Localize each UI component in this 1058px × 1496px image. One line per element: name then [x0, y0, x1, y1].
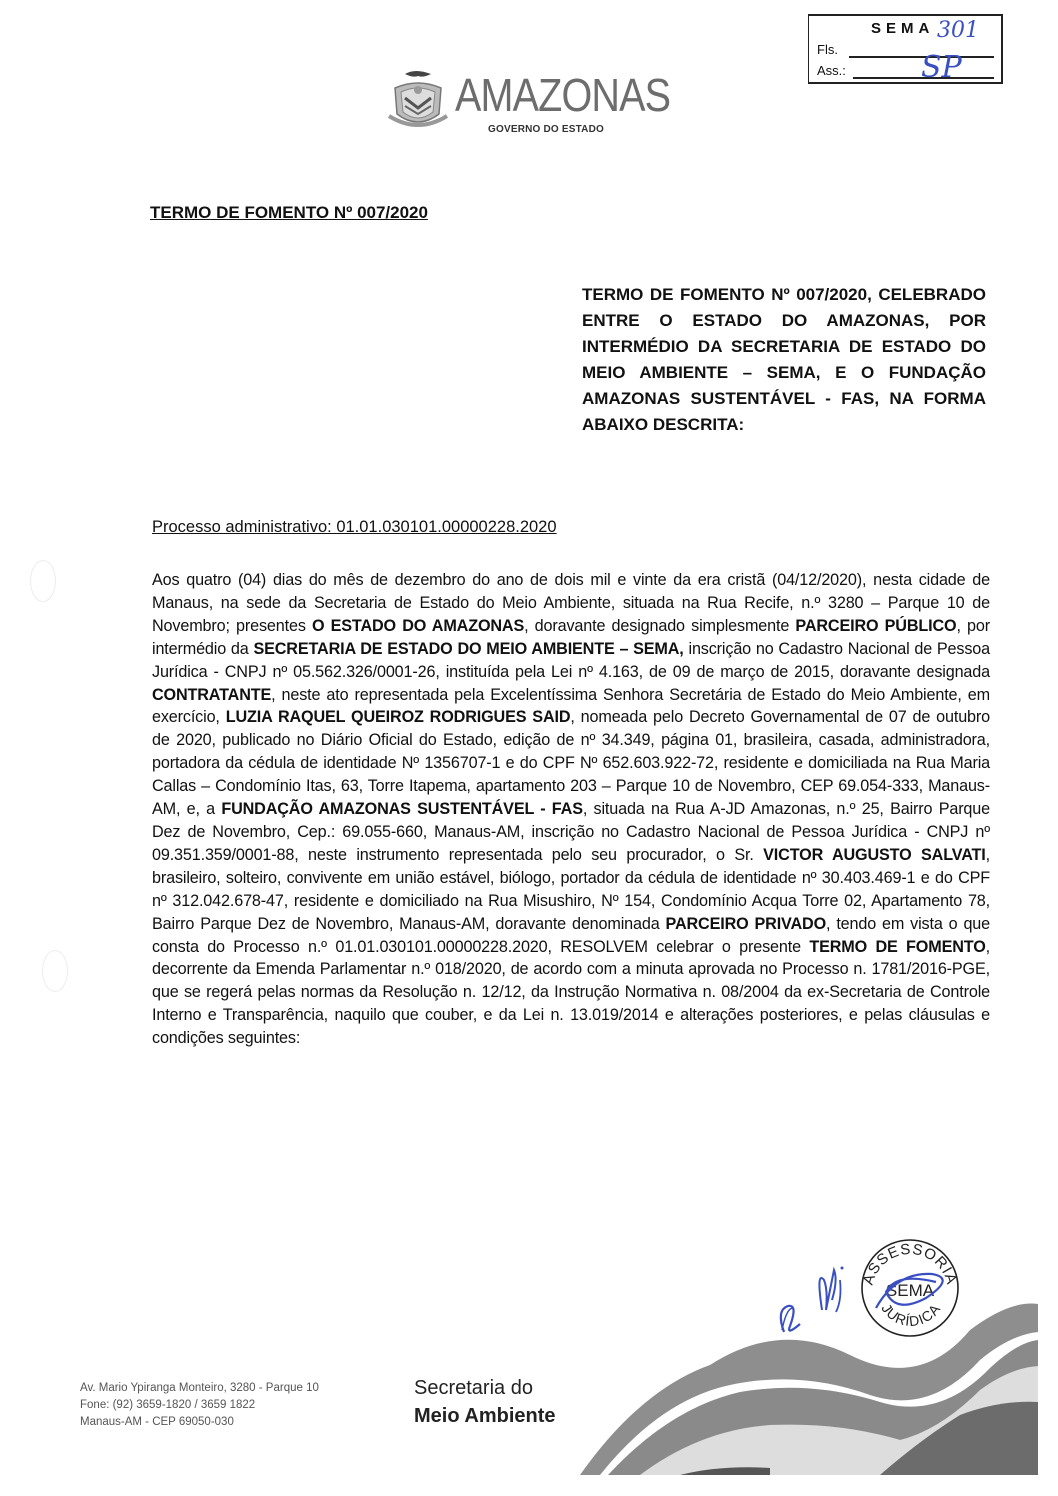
bold-term: LUZIA RAQUEL QUEIROZ RODRIGUES SAID [226, 708, 571, 726]
stamp-title: SEMA [871, 20, 934, 37]
bold-term: PARCEIRO PÚBLICO [795, 617, 956, 635]
preamble-paragraph: Aos quatro (04) dias do mês de dezembro … [152, 569, 990, 1050]
address-line: Av. Mario Ypiranga Monteiro, 3280 - Parq… [80, 1380, 319, 1397]
hole-punch-mark [30, 560, 56, 602]
footer-address: Av. Mario Ypiranga Monteiro, 3280 - Parq… [80, 1380, 319, 1431]
sema-page-stamp: SEMA 301 Fls. Ass.: SP [808, 14, 1003, 84]
ementa-summary: TERMO DE FOMENTO Nº 007/2020, CELEBRADO … [582, 282, 986, 438]
footer-secretaria-logo: Secretaria do Meio Ambiente [414, 1374, 556, 1430]
secretaria-line2: Meio Ambiente [414, 1402, 556, 1430]
document-title: TERMO DE FOMENTO Nº 007/2020 [150, 203, 428, 223]
amazonas-government-logo: AMAZONAS GOVERNO DO ESTADO [383, 60, 653, 140]
bold-term: PARCEIRO PRIVADO [666, 915, 827, 933]
coat-of-arms-icon [383, 66, 453, 136]
city-line: Manaus-AM - CEP 69050-030 [80, 1414, 319, 1431]
bold-term: O ESTADO DO AMAZONAS [312, 617, 524, 635]
handwritten-initials: SP [921, 50, 962, 85]
bold-term: FUNDAÇÃO AMAZONAS SUSTENTÁVEL - FAS [221, 800, 582, 818]
bold-term: SECRETARIA DE ESTADO DO MEIO AMBIENTE – … [253, 640, 683, 658]
bold-term: TERMO DE FOMENTO [809, 938, 985, 956]
hole-punch-mark [42, 950, 68, 992]
logo-wordmark: AMAZONAS [455, 70, 670, 120]
logo-subtitle: GOVERNO DO ESTADO [488, 124, 604, 135]
bold-term: VICTOR AUGUSTO SALVATI [763, 846, 985, 864]
fls-label: Fls. [817, 42, 838, 57]
process-number: Processo administrativo: 01.01.030101.00… [152, 518, 557, 537]
handwritten-page-number: 301 [937, 18, 979, 43]
ass-label: Ass.: [817, 63, 846, 78]
decorative-waves [580, 1290, 1058, 1496]
secretaria-line1: Secretaria do [414, 1374, 556, 1402]
phone-line: Fone: (92) 3659-1820 / 3659 1822 [80, 1397, 319, 1414]
bold-term: CONTRATANTE [152, 686, 271, 704]
